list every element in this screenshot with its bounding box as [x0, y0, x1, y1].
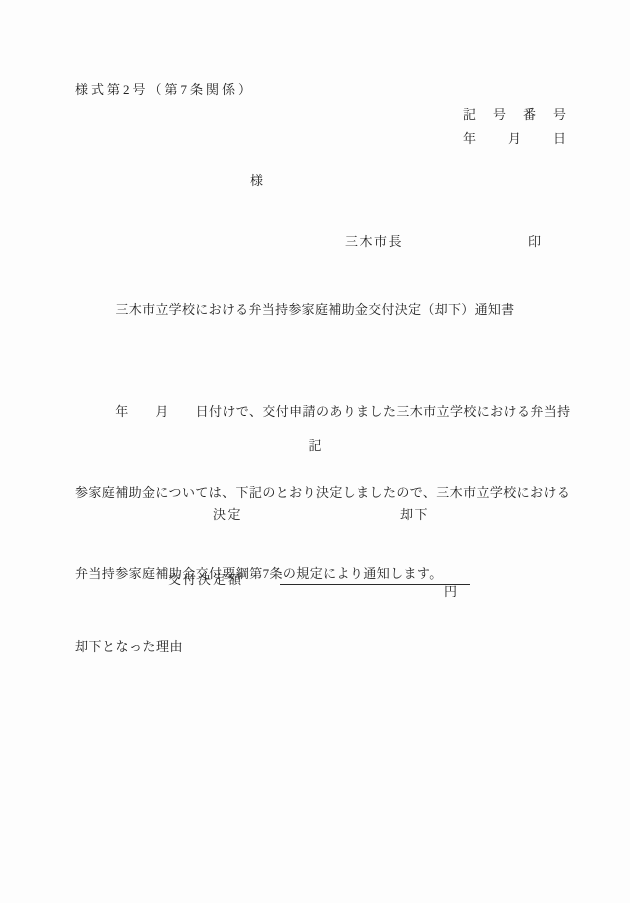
currency-unit-label: 円: [444, 584, 457, 599]
decision-option-approved: 決定: [213, 504, 242, 523]
notification-form-page: 様式第2号（第7条関係） 記 号 番 号 年 月 日 様 三木市長 印 三木市立…: [0, 0, 630, 903]
document-title: 三木市立学校における弁当持参家庭補助金交付決定（却下）通知書: [0, 299, 630, 318]
issue-date-line: 年 月 日: [463, 128, 568, 147]
issuer-name: 三木市長: [345, 231, 403, 250]
record-marker: 記: [0, 435, 630, 454]
body-paragraph: 年 月 日付けで、交付申請のありました三木市立学校における弁当持 参家庭補助金に…: [75, 344, 575, 641]
rejection-reason-label: 却下となった理由: [75, 636, 183, 655]
decision-option-rejected: 却下: [400, 504, 429, 523]
addressee-honorific: 様: [250, 170, 263, 189]
grant-amount-blank-field: 円: [280, 565, 470, 585]
body-line-1: 年 月 日付けで、交付申請のありました三木市立学校における弁当持: [75, 398, 575, 425]
seal-mark: 印: [528, 231, 541, 250]
reference-number-line: 記 号 番 号: [463, 104, 568, 123]
grant-amount-label: 交付決定額: [168, 569, 243, 588]
body-line-2: 参家庭補助金については、下記のとおり決定しましたので、三木市立学校における: [75, 479, 575, 506]
form-number: 様式第2号（第7条関係）: [75, 79, 254, 98]
